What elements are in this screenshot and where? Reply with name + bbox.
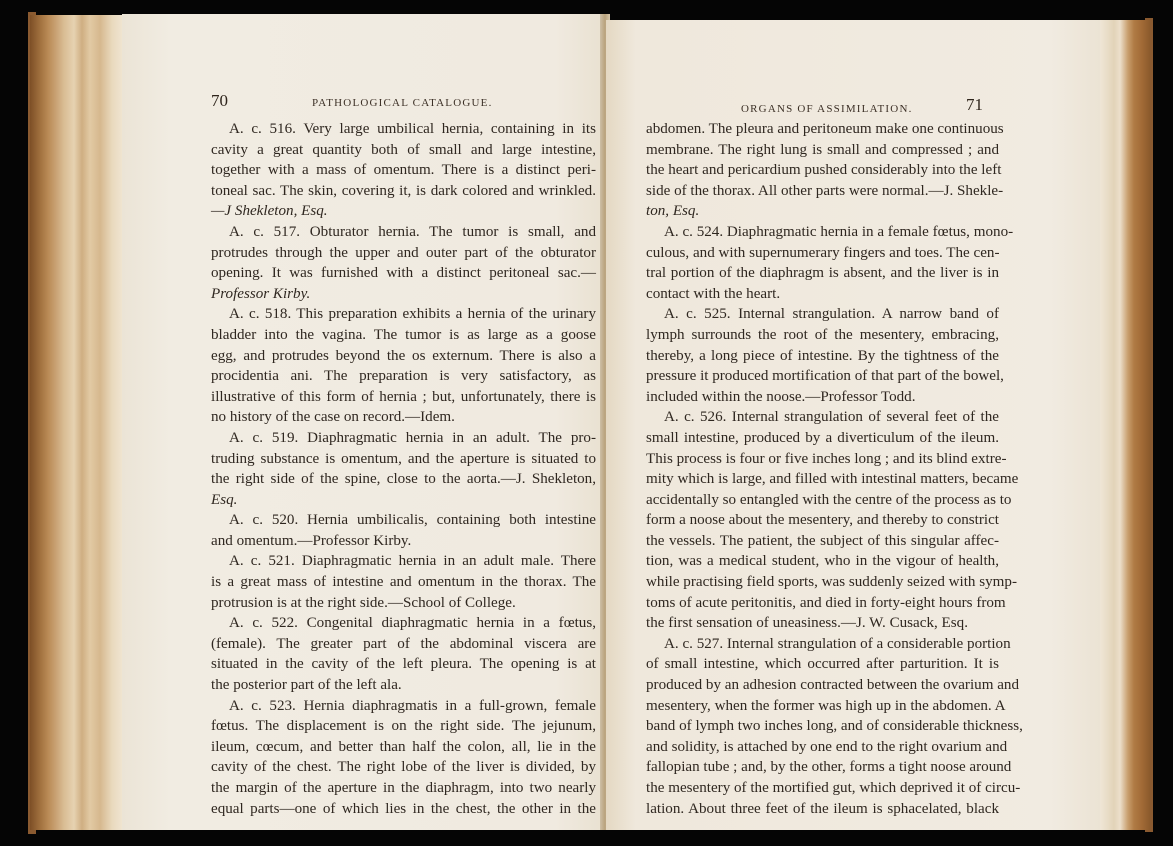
page-number-right: 71 <box>966 95 983 115</box>
text-line: A. c. 519. Diaphragmatic hernia in an ad… <box>211 428 596 449</box>
text-line: toneal sac. The skin, covering it, is da… <box>211 181 596 202</box>
text-line: opening. It was furnished with a distinc… <box>211 263 596 284</box>
text-line: is a great mass of intestine and omentum… <box>211 572 596 593</box>
left-page-text: A. c. 516. Very large umbilical hernia, … <box>211 119 596 819</box>
text-line: the heart and pericardium pushed conside… <box>646 160 999 181</box>
text-line: fallopian tube ; and, by the other, form… <box>646 757 999 778</box>
text-line: the first sensation of uneasiness.—J. W.… <box>646 613 999 634</box>
text-line: the mesentery of the mortified gut, whic… <box>646 778 999 799</box>
text-line: produced by an adhesion contracted betwe… <box>646 675 999 696</box>
text-line: ileum, cœcum, and better than half the c… <box>211 737 596 758</box>
text-line: lation. About three feet of the ileum is… <box>646 799 999 820</box>
text-line: thereby, a long piece of intestine. By t… <box>646 346 999 367</box>
text-line: (female). The greater part of the abdomi… <box>211 634 596 655</box>
text-line: side of the thorax. All other parts were… <box>646 181 999 202</box>
text-line: culous, and with supernumerary fingers a… <box>646 243 999 264</box>
text-line: A. c. 520. Hernia umbilicalis, containin… <box>211 510 596 531</box>
text-line: —J Shekleton, Esq. <box>211 201 596 222</box>
text-line: the vessels. The patient, the subject of… <box>646 531 999 552</box>
text-line: toms of acute peritonitis, and died in f… <box>646 593 999 614</box>
text-line: membrane. The right lung is small and co… <box>646 140 999 161</box>
text-line: A. c. 523. Hernia diaphragmatis in a ful… <box>211 696 596 717</box>
text-line: no history of the case on record.—Idem. <box>211 407 596 428</box>
page-edges-right <box>1100 20 1150 830</box>
running-header-right: ORGANS OF ASSIMILATION. <box>741 103 913 115</box>
text-line: form a noose about the mesentery, and th… <box>646 510 999 531</box>
text-line: fœtus. The displacement is on the right … <box>211 716 596 737</box>
text-line: band of lymph two inches long, and of co… <box>646 716 999 737</box>
text-line: together with a mass of omentum. There i… <box>211 160 596 181</box>
text-line: A. c. 525. Internal strangulation. A nar… <box>646 304 999 325</box>
text-line: tion, was a medical student, who in the … <box>646 551 999 572</box>
text-line: small intestine, produced by a diverticu… <box>646 428 999 449</box>
text-line: A. c. 524. Diaphragmatic hernia in a fem… <box>646 222 999 243</box>
text-line: mesentery, when the former was high up i… <box>646 696 999 717</box>
text-line: the margin of the aperture in the diaphr… <box>211 778 596 799</box>
text-line: Professor Kirby. <box>211 284 596 305</box>
text-line: contact with the heart. <box>646 284 999 305</box>
text-line: mity which is large, and filled with int… <box>646 469 999 490</box>
right-page: ORGANS OF ASSIMILATION. 71 abdomen. The … <box>606 20 1100 830</box>
text-line: accidentally so entangled with the centr… <box>646 490 999 511</box>
page-number-left: 70 <box>211 91 228 111</box>
right-page-text: abdomen. The pleura and peritoneum make … <box>646 119 999 819</box>
text-line: while practising field sports, was sudde… <box>646 572 999 593</box>
text-line: equal parts—one of which lies in the che… <box>211 799 596 820</box>
text-line: illustrative of this form of hernia ; bu… <box>211 387 596 408</box>
text-line: A. c. 522. Congenital diaphragmatic hern… <box>211 613 596 634</box>
text-line: This process is four or five inches long… <box>646 449 999 470</box>
text-line: tral portion of the diaphragm is absent,… <box>646 263 999 284</box>
text-line: protrusion is at the right side.—School … <box>211 593 596 614</box>
text-line: cavity of the chest. The right lobe of t… <box>211 757 596 778</box>
text-line: A. c. 518. This preparation exhibits a h… <box>211 304 596 325</box>
text-line: abdomen. The pleura and peritoneum make … <box>646 119 999 140</box>
text-line: egg, and protrudes beyond the os externu… <box>211 346 596 367</box>
text-line: A. c. 527. Internal strangulation of a c… <box>646 634 999 655</box>
text-line: and omentum.—Professor Kirby. <box>211 531 596 552</box>
text-line: truding substance is omentum, and the ap… <box>211 449 596 470</box>
text-line: the right side of the spine, close to th… <box>211 469 596 490</box>
text-line: of small intestine, which occurred after… <box>646 654 999 675</box>
text-line: A. c. 517. Obturator hernia. The tumor i… <box>211 222 596 243</box>
text-line: situated in the cavity of the left pleur… <box>211 654 596 675</box>
text-line: cavity a great quantity both of small an… <box>211 140 596 161</box>
text-line: A. c. 521. Diaphragmatic hernia in an ad… <box>211 551 596 572</box>
text-line: ton, Esq. <box>646 201 999 222</box>
text-line: protrudes through the upper and outer pa… <box>211 243 596 264</box>
text-line: Esq. <box>211 490 596 511</box>
left-page: 70 PATHOLOGICAL CATALOGUE. A. c. 516. Ve… <box>122 14 603 830</box>
text-line: included within the noose.—Professor Tod… <box>646 387 999 408</box>
text-line: lymph surrounds the root of the mesenter… <box>646 325 999 346</box>
text-line: A. c. 516. Very large umbilical hernia, … <box>211 119 596 140</box>
running-header-left: PATHOLOGICAL CATALOGUE. <box>312 97 493 109</box>
text-line: procidentia ani. The preparation is very… <box>211 366 596 387</box>
page-edges-left <box>30 15 122 830</box>
text-line: bladder into the vagina. The tumor is as… <box>211 325 596 346</box>
text-line: and solidity, is attached by one end to … <box>646 737 999 758</box>
text-line: pressure it produced mortification of th… <box>646 366 999 387</box>
text-line: A. c. 526. Internal strangulation of sev… <box>646 407 999 428</box>
text-line: the posterior part of the left ala. <box>211 675 596 696</box>
